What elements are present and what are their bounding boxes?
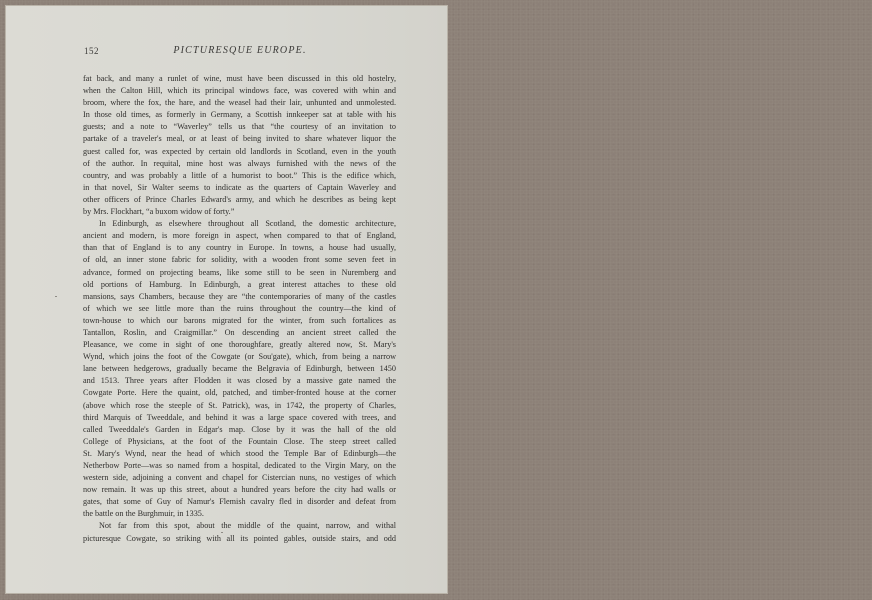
text-line: partake of a traveler's meal, or at leas… [83,133,396,145]
text-line: Pleasance, we come in sight of one thoro… [83,339,396,351]
text-line: other officers of Prince Charles Edward'… [83,194,396,206]
text-line: third Marquis of Tweeddale, and behind i… [83,412,396,424]
paper-speck [221,532,223,533]
text-line: guests; and a note to “Waverley” tells u… [83,121,396,133]
text-line: called Tweeddale's Garden in Edgar's map… [83,424,396,436]
text-line: and 1513. Three years after Flodden it w… [83,375,396,387]
text-line: gates, that some of Guy of Namur's Flemi… [83,496,396,508]
text-line: of old, an inner stone fabric for solidi… [83,254,396,266]
book-page: 152 PICTURESQUE EUROPE. fat back, and ma… [6,6,447,593]
text-line: country, and was probably a little of a … [83,170,396,182]
text-line: now remain. It was up this street, about… [83,484,396,496]
text-line: the battle on the Burghmuir, in 1335. [83,508,396,520]
running-title: PICTURESQUE EUROPE. [84,45,396,56]
text-line: Not far from this spot, about the middle… [83,520,396,532]
text-line: Wynd, which joins the foot of the Cowgat… [83,351,396,363]
text-line: ancient and modern, is more foreign in a… [83,230,396,242]
text-line: In Edinburgh, as elsewhere throughout al… [83,218,396,230]
text-line: In those old times, as formerly in Germa… [83,109,396,121]
paper-speck [55,296,57,297]
paragraph: In Edinburgh, as elsewhere throughout al… [83,218,396,520]
text-line: by Mrs. Flockhart, “a buxom widow of for… [83,206,396,218]
text-line: broom, where the fox, the hare, and the … [83,97,396,109]
text-line: than that of England is to any country i… [83,242,396,254]
text-line: guest called for, was expected by certai… [83,146,396,158]
text-line: when the Calton Hill, which its principa… [83,85,396,97]
text-line: College of Physicians, at the foot of th… [83,436,396,448]
text-line: picturesque Cowgate, so striking with al… [83,533,396,545]
text-line: town-house to which our barons migrated … [83,315,396,327]
text-line: Netherbow Porte—was so named from a hosp… [83,460,396,472]
text-line: Tantallon, Roslin, and Craigmillar.” On … [83,327,396,339]
text-line: lane between hedgerows, gradually became… [83,363,396,375]
text-line: St. Mary's Wynd, near the head of which … [83,448,396,460]
body-text: fat back, and many a runlet of wine, mus… [83,73,396,545]
text-line: fat back, and many a runlet of wine, mus… [83,73,396,85]
paragraph: fat back, and many a runlet of wine, mus… [83,73,396,218]
text-line: Cowgate Porte. Here the quaint, old, pat… [83,387,396,399]
text-line: mansions, says Chambers, because they ar… [83,291,396,303]
paragraph: Not far from this spot, about the middle… [83,520,396,544]
text-line: western side, adjoining a convent and ch… [83,472,396,484]
text-line: in that novel, Sir Walter seems to indic… [83,182,396,194]
text-line: old portions of Hamburg. In Edinburgh, a… [83,279,396,291]
text-line: of the author. In requital, mine host wa… [83,158,396,170]
text-line: advance, formed on projecting beams, lik… [83,267,396,279]
text-line: (above which rose the steeple of St. Pat… [83,400,396,412]
text-line: of which we see little more than the rui… [83,303,396,315]
running-head: 152 PICTURESQUE EUROPE. [84,46,396,60]
